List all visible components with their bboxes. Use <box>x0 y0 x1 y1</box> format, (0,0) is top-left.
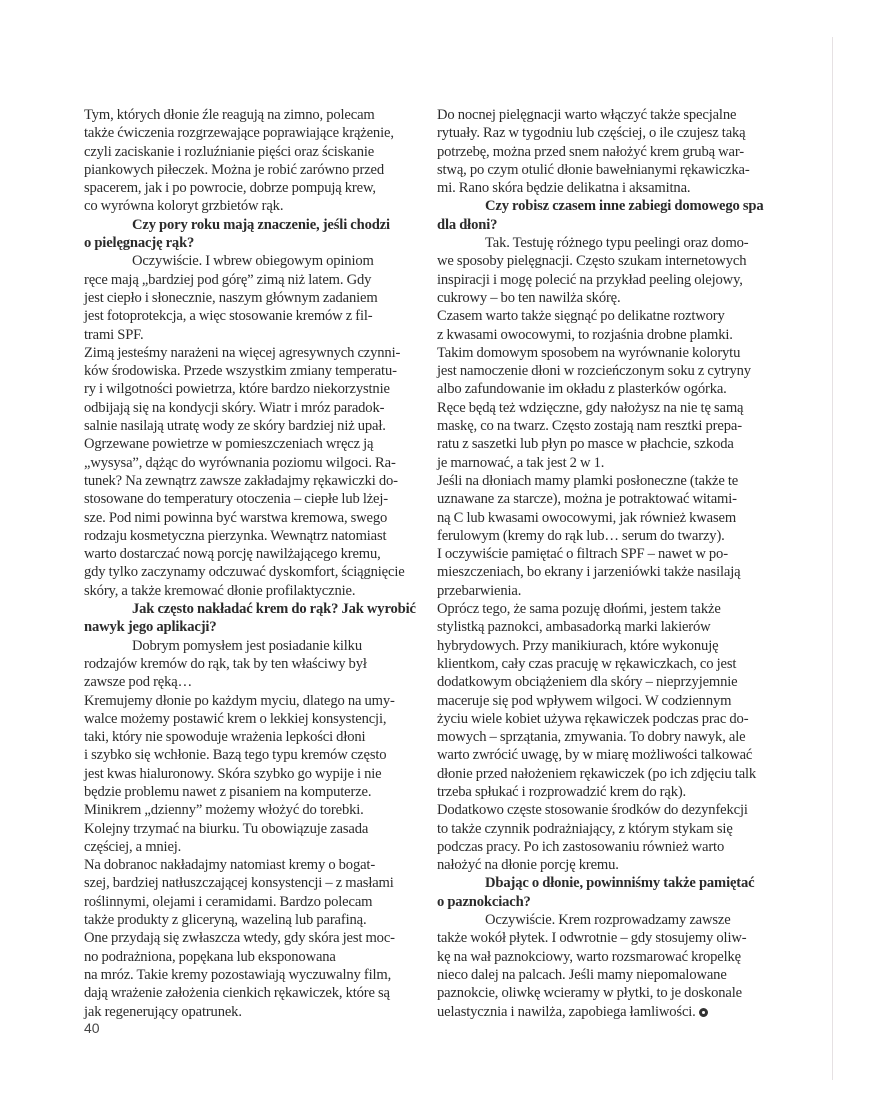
body-text-line: Tym, których dłonie źle reagują na zimno… <box>84 106 429 124</box>
body-text-line: trami SPF. <box>84 326 429 344</box>
interview-question-line: Dbając o dłonie, powinniśmy także pamięt… <box>437 874 792 892</box>
body-text-line: Oczywiście. I wbrew obiegowym opiniom <box>84 252 429 270</box>
body-text-line: stylistką paznokci, ambasadorką marki la… <box>437 618 792 636</box>
line-text: klientkom, cały czas pracuję w rękawiczk… <box>437 656 736 672</box>
line-text: stosowane do temperatury otoczenia – cie… <box>84 491 388 507</box>
line-text: Minikrem „dzienny” możemy włożyć do tore… <box>84 802 364 818</box>
line-text: to także czynnik podrażniający, z którym… <box>437 821 733 837</box>
body-text-line: to także czynnik podrażniający, z którym… <box>437 820 792 838</box>
line-text: Na dobranoc nakładajmy natomiast kremy o… <box>84 857 375 873</box>
line-text: co wyrówna koloryt grzbietów rąk. <box>84 198 283 214</box>
line-text: na mróz. Takie kremy pozostawiają wyczuw… <box>84 967 391 983</box>
line-text: piankowych piłeczek. Można je robić zaró… <box>84 162 384 178</box>
line-text: warto zwrócić uwagę, by w miarę możliwoś… <box>437 747 752 763</box>
body-text-line: Takim domowym sposobem na wyrównanie kol… <box>437 344 792 362</box>
body-text-line: potrzebę, można przed snem nałożyć krem … <box>437 143 792 161</box>
line-text: walce możemy postawić krem o lekkiej kon… <box>84 711 386 727</box>
line-text: czyli zaciskanie i rozluźnianie pięści o… <box>84 144 374 160</box>
line-text: o paznokciach? <box>437 894 531 910</box>
line-text: trzeba spłukać i rozprowadzić krem do rą… <box>437 784 686 800</box>
body-text-line: Do nocnej pielęgnacji warto włączyć takż… <box>437 106 792 124</box>
body-text-line: skóry, a także kremować dłonie profilakt… <box>84 582 429 600</box>
body-text-line: warto zwrócić uwagę, by w miarę możliwoś… <box>437 746 792 764</box>
body-text-line: także ćwiczenia rozgrzewające poprawiają… <box>84 124 429 142</box>
line-text: maskę, co na twarz. Często zostają nam r… <box>437 418 742 434</box>
body-text-line: jest fotoprotekcja, a więc stosowanie kr… <box>84 307 429 325</box>
line-text: potrzebę, można przed snem nałożyć krem … <box>437 144 744 160</box>
body-text-line: życiu wiele kobiet używa rękawiczek podc… <box>437 710 792 728</box>
body-text-line: z kwasami owocowymi, to rozjaśnia drobne… <box>437 326 792 344</box>
line-text: także produkty z gliceryną, wazeliną lub… <box>84 912 366 928</box>
body-text-line: Oczywiście. Krem rozprowadzamy zawsze <box>437 911 792 929</box>
body-text-line: jest kwas hialuronowy. Skóra szybko go w… <box>84 765 429 783</box>
body-text-line: Na dobranoc nakładajmy natomiast kremy o… <box>84 856 429 874</box>
line-text: taki, który nie spowoduje wrażenia lepko… <box>84 729 365 745</box>
line-text: dają wrażenie założenia cienkich rękawic… <box>84 985 390 1001</box>
line-text: szej, bardziej natłuszczającej konsysten… <box>84 875 394 891</box>
line-text: Czasem warto także sięgnąć po delikatne … <box>437 308 725 324</box>
body-text-line: mowych – sprzątania, zmywania. To dobry … <box>437 728 792 746</box>
line-text: także ćwiczenia rozgrzewające poprawiają… <box>84 125 394 141</box>
line-text: I oczywiście pamiętać o filtrach SPF – n… <box>437 546 728 562</box>
line-text: dłonie przed nałożeniem rękawiczek (po i… <box>437 766 756 782</box>
body-text-line: I oczywiście pamiętać o filtrach SPF – n… <box>437 545 792 563</box>
line-text: Oczywiście. I wbrew obiegowym opiniom <box>132 253 374 269</box>
body-text-line: tunek? Na zewnątrz zawsze zakładajmy ręk… <box>84 472 429 490</box>
body-text-line: sze. Pod nimi powinna być warstwa kremow… <box>84 509 429 527</box>
body-text-line: we sposoby pielęgnacji. Często szukam in… <box>437 252 792 270</box>
line-text: sze. Pod nimi powinna być warstwa kremow… <box>84 510 387 526</box>
right-column: Do nocnej pielęgnacji warto włączyć takż… <box>437 106 792 1021</box>
interview-question-line: Czy pory roku mają znaczenie, jeśli chod… <box>84 216 429 234</box>
line-text: Jeśli na dłoniach mamy plamki posłoneczn… <box>437 473 738 489</box>
line-text: „wysysa”, dążąc do wyrównania poziomu wi… <box>84 455 396 471</box>
body-text-line: co wyrówna koloryt grzbietów rąk. <box>84 197 429 215</box>
line-text: także wokół płytek. I odwrotnie – gdy st… <box>437 930 746 946</box>
line-text: ratu z saszetki lub płyn po masce w płac… <box>437 436 734 452</box>
body-text-line: gdy tylko zaczynamy odczuwać dyskomfort,… <box>84 563 429 581</box>
body-text-line: stosowane do temperatury otoczenia – cie… <box>84 490 429 508</box>
line-text: ferulowym (kremy do rąk lub… serum do tw… <box>437 528 725 544</box>
interview-question-line: o pielęgnację rąk? <box>84 234 429 252</box>
line-text: Zimą jesteśmy narażeni na więcej agresyw… <box>84 345 400 361</box>
line-text: Tak. Testuję różnego typu peelingi oraz … <box>485 235 749 251</box>
line-text: dla dłoni? <box>437 217 497 233</box>
line-text: ną C lub kwasami owocowymi, jak również … <box>437 510 736 526</box>
body-text-line: zawsze pod ręką… <box>84 673 429 691</box>
body-text-line: będzie problemu nawet z pisaniem na komp… <box>84 783 429 801</box>
body-text-line: kę na wał paznokciowy, warto rozsmarować… <box>437 948 792 966</box>
interview-question-line: dla dłoni? <box>437 216 792 234</box>
body-text-line: „wysysa”, dążąc do wyrównania poziomu wi… <box>84 454 429 472</box>
line-text: Dodatkowo częste stosowanie środków do d… <box>437 802 748 818</box>
line-text: i szybko się wchłonie. Bazą tego typu kr… <box>84 747 386 763</box>
body-text-line: ry i wilgotności powietrza, które bardzo… <box>84 380 429 398</box>
line-text: nieco dalej na palcach. Jeśli mamy niepo… <box>437 967 727 983</box>
line-text: trami SPF. <box>84 327 143 343</box>
line-text: rytuały. Raz w tygodniu lub częściej, o … <box>437 125 746 141</box>
line-text: odbijają się na kondycji skóry. Wiatr i … <box>84 400 384 416</box>
body-text-line: trzeba spłukać i rozprowadzić krem do rą… <box>437 783 792 801</box>
body-text-line: ręce mają „bardziej pod górę” zimą niż l… <box>84 271 429 289</box>
interview-question-line: o paznokciach? <box>437 893 792 911</box>
line-text: Do nocnej pielęgnacji warto włączyć takż… <box>437 107 736 123</box>
left-column: Tym, których dłonie źle reagują na zimno… <box>84 106 429 1021</box>
body-text-line: ratu z saszetki lub płyn po masce w płac… <box>437 435 792 453</box>
line-text: gdy tylko zaczynamy odczuwać dyskomfort,… <box>84 564 405 580</box>
body-text-line: paznokcie, oliwkę wcieramy w płytki, to … <box>437 984 792 1002</box>
body-text-line: Jeśli na dłoniach mamy plamki posłoneczn… <box>437 472 792 490</box>
line-text: z kwasami owocowymi, to rozjaśnia drobne… <box>437 327 733 343</box>
body-text-line: szej, bardziej natłuszczającej konsysten… <box>84 874 429 892</box>
line-text: Jak często nakładać krem do rąk? Jak wyr… <box>132 601 416 617</box>
line-text: nawyk jego aplikacji? <box>84 619 216 635</box>
line-text: dodatkowym obciążeniem dla skóry – niepr… <box>437 674 738 690</box>
body-text-line: hybrydowych. Przy manikiurach, które wyk… <box>437 637 792 655</box>
line-text: je marnować, a tak jest 2 w 1. <box>437 455 604 471</box>
body-text-line: spacerem, jak i po powrocie, dobrze pomp… <box>84 179 429 197</box>
line-text: jak regenerujący opatrunek. <box>84 1004 242 1020</box>
line-text: mi. Rano skóra będzie delikatna i aksami… <box>437 180 690 196</box>
line-text: spacerem, jak i po powrocie, dobrze pomp… <box>84 180 376 196</box>
line-text: ręce mają „bardziej pod górę” zimą niż l… <box>84 272 371 288</box>
body-text-line: Oprócz tego, że sama pozuję dłońmi, jest… <box>437 600 792 618</box>
line-text: Czy robisz czasem inne zabiegi domowego … <box>485 198 763 214</box>
interview-question-line: nawyk jego aplikacji? <box>84 618 429 636</box>
line-text: rodzajów kremów do rąk, tak by ten właśc… <box>84 656 367 672</box>
body-text-line: Dodatkowo częste stosowanie środków do d… <box>437 801 792 819</box>
body-text-line: nałożyć na dłonie porcję kremu. <box>437 856 792 874</box>
line-text: Ręce będą też wdzięczne, gdy nałożysz na… <box>437 400 743 416</box>
line-text: ków środowiska. Przede wszystkim zmiany … <box>84 363 397 379</box>
body-text-line: Dobrym pomysłem jest posiadanie kilku <box>84 637 429 655</box>
body-text-line: rytuały. Raz w tygodniu lub częściej, o … <box>437 124 792 142</box>
line-text: cukrowy – bo ten nawilża skórę. <box>437 290 621 306</box>
body-text-line: maceruje się pod wpływem wilgoci. W codz… <box>437 692 792 710</box>
body-text-line: albo zafundowanie im okładu z plasterków… <box>437 380 792 398</box>
line-text: Kremujemy dłonie po każdym myciu, dlateg… <box>84 693 395 709</box>
body-text-line: częściej, a mniej. <box>84 838 429 856</box>
line-text: jest kwas hialuronowy. Skóra szybko go w… <box>84 766 381 782</box>
body-text-line: Minikrem „dzienny” możemy włożyć do tore… <box>84 801 429 819</box>
body-text-line: roślinnymi, olejami i ceramidami. Bardzo… <box>84 893 429 911</box>
body-text-line: uznawane za starcze), można je potraktow… <box>437 490 792 508</box>
line-text: skóry, a także kremować dłonie profilakt… <box>84 583 355 599</box>
line-text: stwą, po czym otulić dłonie bawełnianymi… <box>437 162 750 178</box>
body-text-line: jest namoczenie dłoni w rozcieńczonym so… <box>437 362 792 380</box>
body-text-line: One przydają się zwłaszcza wtedy, gdy sk… <box>84 929 429 947</box>
body-text-line: klientkom, cały czas pracuję w rękawiczk… <box>437 655 792 673</box>
line-text: mieszczeniach, bo ekrany i jarzeniówki t… <box>437 564 740 580</box>
line-text: we sposoby pielęgnacji. Często szukam in… <box>437 253 746 269</box>
body-text-line: jest ciepło i słonecznie, naszym głównym… <box>84 289 429 307</box>
line-text: o pielęgnację rąk? <box>84 235 194 251</box>
line-text: no podrażniona, popękana lub eksponowana <box>84 949 336 965</box>
body-text-line: ną C lub kwasami owocowymi, jak również … <box>437 509 792 527</box>
line-text: zawsze pod ręką… <box>84 674 192 690</box>
line-text: uznawane za starcze), można je potraktow… <box>437 491 737 507</box>
body-text-line: maskę, co na twarz. Często zostają nam r… <box>437 417 792 435</box>
line-text: jest fotoprotekcja, a więc stosowanie kr… <box>84 308 373 324</box>
body-text-line: ków środowiska. Przede wszystkim zmiany … <box>84 362 429 380</box>
body-text-line: dają wrażenie założenia cienkich rękawic… <box>84 984 429 1002</box>
body-text-line: przebarwienia. <box>437 582 792 600</box>
page-edge-divider <box>832 37 833 1080</box>
line-text: Oczywiście. Krem rozprowadzamy zawsze <box>485 912 731 928</box>
line-text: hybrydowych. Przy manikiurach, które wyk… <box>437 638 718 654</box>
body-text-line: taki, który nie spowoduje wrażenia lepko… <box>84 728 429 746</box>
line-text: jest ciepło i słonecznie, naszym głównym… <box>84 290 378 306</box>
line-text: Oprócz tego, że sama pozuję dłońmi, jest… <box>437 601 721 617</box>
body-text-line: Tak. Testuję różnego typu peelingi oraz … <box>437 234 792 252</box>
line-text: inspiracji i mogę polecić na przykład pe… <box>437 272 743 288</box>
page-number: 40 <box>84 1020 100 1036</box>
line-text: tunek? Na zewnątrz zawsze zakładajmy ręk… <box>84 473 398 489</box>
body-text-line: czyli zaciskanie i rozluźnianie pięści o… <box>84 143 429 161</box>
body-text-line: salnie nasilają utratę wody ze skóry bar… <box>84 417 429 435</box>
body-text-line: mieszczeniach, bo ekrany i jarzeniówki t… <box>437 563 792 581</box>
line-text: albo zafundowanie im okładu z plasterków… <box>437 381 727 397</box>
line-text: nałożyć na dłonie porcję kremu. <box>437 857 619 873</box>
line-text: Dbając o dłonie, powinniśmy także pamięt… <box>485 875 754 891</box>
line-text: częściej, a mniej. <box>84 839 181 855</box>
line-text: przebarwienia. <box>437 583 521 599</box>
line-text: jest namoczenie dłoni w rozcieńczonym so… <box>437 363 751 379</box>
body-text-line: Kolejny trzymać na biurku. Tu obowiązuje… <box>84 820 429 838</box>
line-text: Takim domowym sposobem na wyrównanie kol… <box>437 345 740 361</box>
body-text-line: nieco dalej na palcach. Jeśli mamy niepo… <box>437 966 792 984</box>
end-of-article-icon <box>699 1008 708 1017</box>
line-text: mowych – sprzątania, zmywania. To dobry … <box>437 729 745 745</box>
interview-question-line: Czy robisz czasem inne zabiegi domowego … <box>437 197 792 215</box>
line-text: kę na wał paznokciowy, warto rozsmarować… <box>437 949 741 965</box>
body-text-line: inspiracji i mogę polecić na przykład pe… <box>437 271 792 289</box>
line-text: maceruje się pod wpływem wilgoci. W codz… <box>437 693 731 709</box>
line-text: Tym, których dłonie źle reagują na zimno… <box>84 107 375 123</box>
body-text-line: Ręce będą też wdzięczne, gdy nałożysz na… <box>437 399 792 417</box>
line-text: One przydają się zwłaszcza wtedy, gdy sk… <box>84 930 395 946</box>
body-text-line: i szybko się wchłonie. Bazą tego typu kr… <box>84 746 429 764</box>
body-text-line: cukrowy – bo ten nawilża skórę. <box>437 289 792 307</box>
body-text-line: Kremujemy dłonie po każdym myciu, dlateg… <box>84 692 429 710</box>
body-text-line: no podrażniona, popękana lub eksponowana <box>84 948 429 966</box>
body-text-line: ferulowym (kremy do rąk lub… serum do tw… <box>437 527 792 545</box>
body-text-line: je marnować, a tak jest 2 w 1. <box>437 454 792 472</box>
line-text: życiu wiele kobiet używa rękawiczek podc… <box>437 711 748 727</box>
line-text: Czy pory roku mają znaczenie, jeśli chod… <box>132 217 390 233</box>
line-text: warto dostarczać nową porcję nawilżające… <box>84 546 381 562</box>
body-text-line: Zimą jesteśmy narażeni na więcej agresyw… <box>84 344 429 362</box>
body-text-line: dłonie przed nałożeniem rękawiczek (po i… <box>437 765 792 783</box>
body-text-line: mi. Rano skóra będzie delikatna i aksami… <box>437 179 792 197</box>
body-text-line: jak regenerujący opatrunek. <box>84 1003 429 1021</box>
body-text-line: na mróz. Takie kremy pozostawiają wyczuw… <box>84 966 429 984</box>
body-text-line: także wokół płytek. I odwrotnie – gdy st… <box>437 929 792 947</box>
body-text-line: podczas pracy. Po ich zastosowaniu równi… <box>437 838 792 856</box>
line-text: salnie nasilają utratę wody ze skóry bar… <box>84 418 386 434</box>
body-text-line: walce możemy postawić krem o lekkiej kon… <box>84 710 429 728</box>
line-text: paznokcie, oliwkę wcieramy w płytki, to … <box>437 985 742 1001</box>
line-text: Ogrzewane powietrze w pomieszczeniach wr… <box>84 436 373 452</box>
body-text-line: dodatkowym obciążeniem dla skóry – niepr… <box>437 673 792 691</box>
interview-question-line: Jak często nakładać krem do rąk? Jak wyr… <box>84 600 429 618</box>
line-text: będzie problemu nawet z pisaniem na komp… <box>84 784 371 800</box>
line-text: uelastycznia i nawilża, zapobiega łamliw… <box>437 1004 696 1020</box>
line-text: podczas pracy. Po ich zastosowaniu równi… <box>437 839 724 855</box>
body-text-line: uelastycznia i nawilża, zapobiega łamliw… <box>437 1003 792 1021</box>
line-text: roślinnymi, olejami i ceramidami. Bardzo… <box>84 894 372 910</box>
line-text: Kolejny trzymać na biurku. Tu obowiązuje… <box>84 821 368 837</box>
body-text-line: rodzaju kosmetyczna pierzynka. Wewnątrz … <box>84 527 429 545</box>
line-text: Dobrym pomysłem jest posiadanie kilku <box>132 638 362 654</box>
line-text: stylistką paznokci, ambasadorką marki la… <box>437 619 711 635</box>
body-text-line: Czasem warto także sięgnąć po delikatne … <box>437 307 792 325</box>
body-text-line: stwą, po czym otulić dłonie bawełnianymi… <box>437 161 792 179</box>
body-text-line: rodzajów kremów do rąk, tak by ten właśc… <box>84 655 429 673</box>
line-text: ry i wilgotności powietrza, które bardzo… <box>84 381 390 397</box>
body-text-line: także produkty z gliceryną, wazeliną lub… <box>84 911 429 929</box>
body-text-line: piankowych piłeczek. Można je robić zaró… <box>84 161 429 179</box>
body-text-line: odbijają się na kondycji skóry. Wiatr i … <box>84 399 429 417</box>
body-text-line: warto dostarczać nową porcję nawilżające… <box>84 545 429 563</box>
body-text-line: Ogrzewane powietrze w pomieszczeniach wr… <box>84 435 429 453</box>
line-text: rodzaju kosmetyczna pierzynka. Wewnątrz … <box>84 528 386 544</box>
